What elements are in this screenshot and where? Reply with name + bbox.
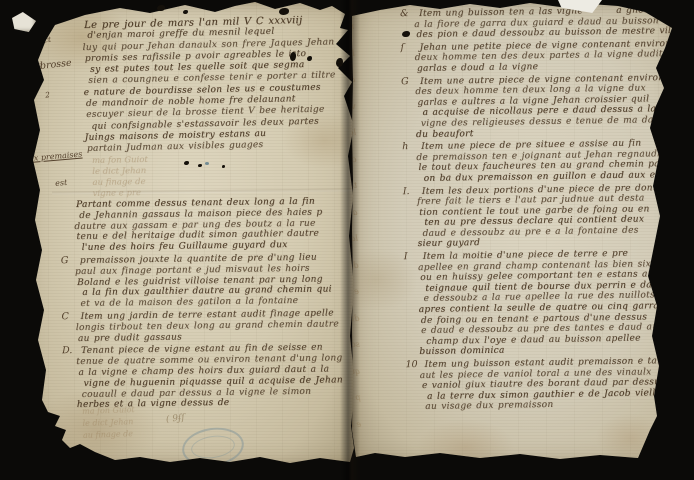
margin-note-line: Aux premaises bbox=[23, 149, 83, 163]
left-page: ma fon Guiotle dict Jehanau finage devig… bbox=[22, 0, 358, 468]
margin-note-line: est bbox=[55, 176, 85, 188]
bleedthrough-line: au finage de bbox=[83, 428, 136, 442]
bleedthrough-line: au finage de bbox=[0, 122, 33, 149]
bleedthrough-line: ma fon Guiot bbox=[0, 72, 31, 99]
paragraph-marker: I. bbox=[403, 186, 410, 197]
archive-stamp-inner-ring bbox=[190, 433, 237, 461]
body-text-block: &Item ung buisson ten a las vigne a gnot… bbox=[416, 4, 694, 414]
paragraph-marker: D. bbox=[62, 345, 72, 356]
opening-text-block: Le pre jour de mars l'an mil V C xxxviij… bbox=[84, 14, 337, 155]
bleedthrough-line: ma fon Guiot bbox=[92, 155, 148, 167]
bleedthrough-line: contenant en bbox=[0, 197, 35, 224]
bleedthrough-line: tenant d'ung bbox=[0, 222, 36, 249]
bleedthrough-text: ma fon Guiotle dict Jehanau finage devig… bbox=[0, 72, 41, 399]
handwritten-paragraph: Gpremaisson jouxte la quantite de pre d'… bbox=[77, 252, 342, 310]
blue-ink-speck bbox=[205, 162, 209, 165]
ink-blot bbox=[336, 58, 343, 67]
handwritten-paragraph: hItem une piece de pre situee e assise a… bbox=[418, 138, 694, 185]
handwritten-line: et va de la maison des gatilon a la font… bbox=[80, 295, 341, 309]
paragraph-marker: I bbox=[404, 251, 408, 262]
margin-note-line: 2 bbox=[45, 90, 58, 100]
paragraph-marker: C bbox=[62, 311, 69, 322]
paper-fragment bbox=[12, 12, 36, 32]
body-text-block: Partant comme dessus tenant deux long a … bbox=[76, 196, 343, 413]
archive-stamp bbox=[180, 424, 247, 470]
margin-note-line: p duict bbox=[24, 36, 51, 48]
fold-crease bbox=[52, 188, 352, 194]
bleedthrough-line: au grand che bbox=[0, 247, 37, 274]
bleedthrough-line: au finage de bbox=[92, 177, 148, 189]
bleedthrough-line: vigne e pre bbox=[0, 147, 33, 174]
bleedthrough-line: dessoubz au bbox=[0, 297, 39, 324]
bleedthrough-line: du buisson bbox=[0, 347, 40, 374]
bleedthrough-line: e daud a la bbox=[0, 322, 40, 349]
bleedthrough-line: la fontaine bbox=[0, 272, 38, 299]
bleedthrough-line: somme e de bbox=[0, 372, 41, 399]
handwritten-paragraph: D.Tenant piece de vigne estant au fin de… bbox=[78, 343, 343, 411]
paragraph-marker: h bbox=[402, 141, 408, 152]
notary-flourish: ( 9ʄſ bbox=[166, 413, 186, 425]
bleedthrough-line: le dict Jehan bbox=[0, 97, 32, 124]
paragraph-marker: 10 bbox=[405, 359, 417, 370]
handwritten-paragraph: CItem ung jardin de terre estant audit f… bbox=[78, 308, 343, 344]
handwritten-paragraph: IItem la moitie d'une piece de terre e p… bbox=[420, 248, 694, 358]
handwritten-paragraph: Partant comme dessus tenant deux long a … bbox=[76, 196, 341, 254]
right-page: ma fon Guiotle dict Jehanau finage devig… bbox=[350, 0, 680, 466]
manuscript-photo: ma fon Guiotle dict Jehanau finage devig… bbox=[0, 0, 694, 480]
margin-note-premaises: Aux premaises est bbox=[21, 132, 87, 209]
handwritten-paragraph: GItem une autre piece de vigne contenant… bbox=[417, 72, 694, 140]
handwritten-paragraph: I.Item les deux portions d'une piece de … bbox=[419, 182, 694, 250]
handwritten-paragraph: ſJehan une petite piece de vigne contena… bbox=[417, 38, 694, 74]
bleedthrough-line: les hoirs dux bbox=[0, 172, 34, 199]
paragraph-marker: G bbox=[61, 255, 69, 266]
bleedthrough-line: le dict Jehan bbox=[92, 166, 148, 178]
bleedthrough-line: le dict Jehan bbox=[82, 416, 135, 430]
handwritten-paragraph: 10Item ung buisson estant audit premaiss… bbox=[422, 355, 694, 412]
paragraph-marker: G bbox=[401, 76, 409, 87]
paragraph-marker: ſ bbox=[401, 42, 405, 53]
handwritten-paragraph: &Item ung buisson ten a las vigne a gnot… bbox=[416, 4, 694, 40]
paragraph-marker: & bbox=[400, 8, 409, 19]
